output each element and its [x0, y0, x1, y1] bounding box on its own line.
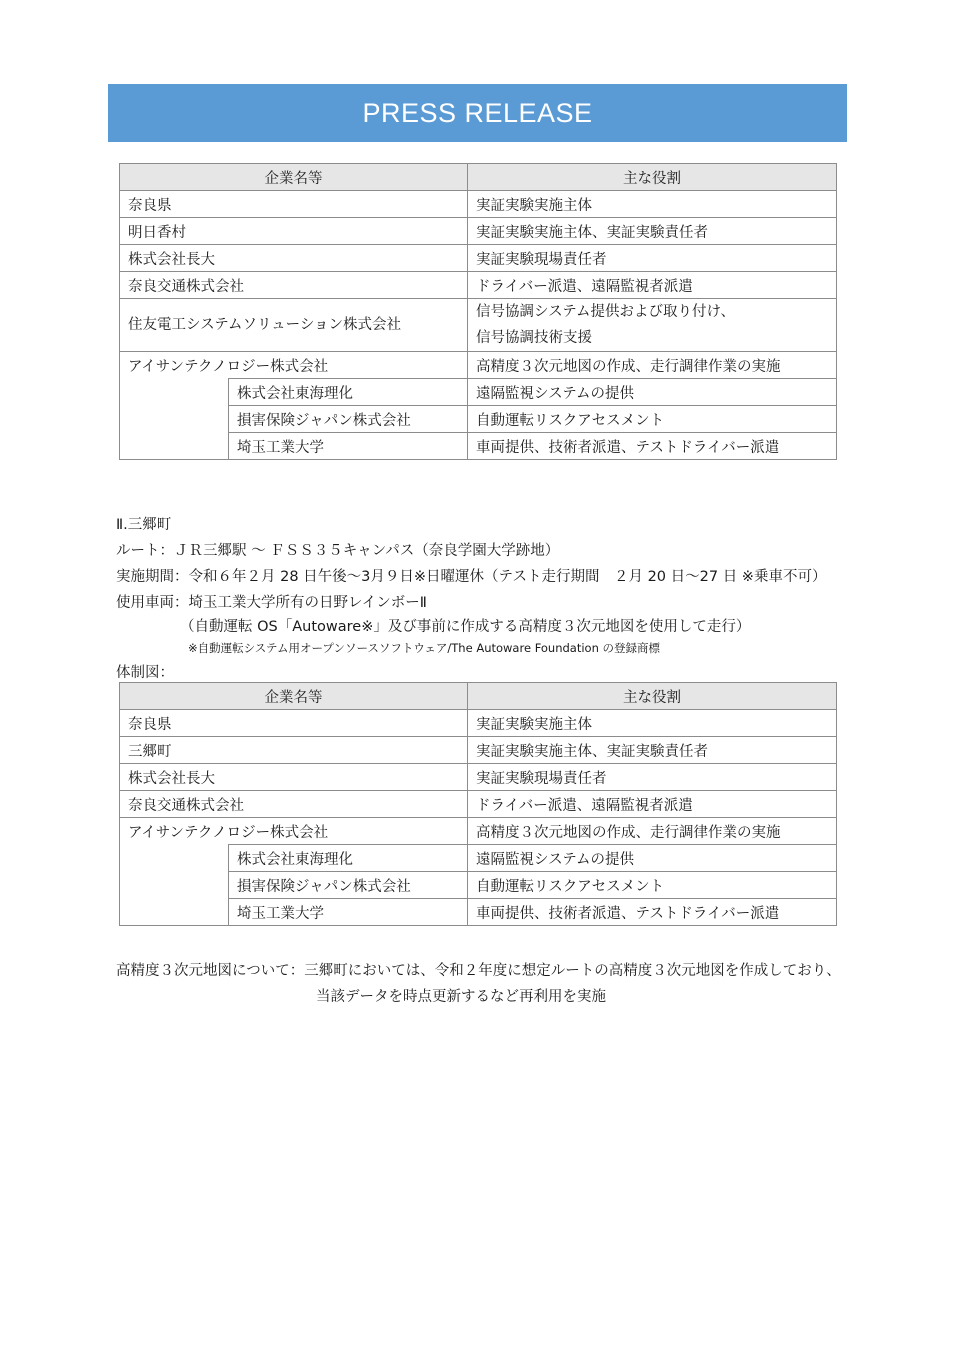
table-row: 株式会社東海理化 遠隔監視システムの提供	[120, 845, 837, 872]
indent-spacer	[120, 845, 229, 926]
company-cell: 埼玉工業大学	[229, 899, 468, 926]
table-asuka-structure: 企業名等 主な役割 奈良県 実証実験実施主体 明日香村 実証実験実施主体、実証実…	[119, 163, 837, 460]
period-text: 実施期間：令和６年２月 28 日午後〜3月９日※日曜運休（テスト走行期間 ２月 …	[116, 565, 826, 586]
banner-title: PRESS RELEASE	[362, 98, 592, 129]
table-row: 奈良県 実証実験実施主体	[120, 191, 837, 218]
role-cell: 高精度３次元地図の作成、走行調律作業の実施	[468, 818, 837, 845]
company-cell: 三郷町	[120, 737, 468, 764]
table-row: 株式会社長大 実証実験現場責任者	[120, 764, 837, 791]
table-sango-structure: 企業名等 主な役割 奈良県 実証実験実施主体 三郷町 実証実験実施主体、実証実験…	[119, 682, 837, 926]
role-cell: 遠隔監視システムの提供	[468, 379, 837, 406]
company-cell: 明日香村	[120, 218, 468, 245]
structure-label: 体制図：	[116, 661, 174, 682]
role-cell: 実証実験実施主体、実証実験責任者	[468, 218, 837, 245]
table-row: アイサンテクノロジー株式会社 高精度３次元地図の作成、走行調律作業の実施	[120, 352, 837, 379]
role-cell: 実証実験実施主体	[468, 191, 837, 218]
role-cell: 自動運転リスクアセスメント	[468, 406, 837, 433]
company-cell: 損害保険ジャパン株式会社	[229, 872, 468, 899]
role-cell: ドライバー派遣、遠隔監視者派遣	[468, 272, 837, 299]
company-cell: 損害保険ジャパン株式会社	[229, 406, 468, 433]
trademark-footnote: ※自動運転システム用オープンソースソフトウェア/The Autoware Fou…	[188, 640, 660, 656]
map-note-line-2: 当該データを時点更新するなど再利用を実施	[316, 985, 606, 1006]
role-cell: 実証実験実施主体	[468, 710, 837, 737]
role-line-1: 信号協調システム提供および取り付け、	[476, 299, 828, 325]
route-text: ルート：ＪＲ三郷駅 〜 ＦＳＳ３５キャンパス（奈良学園大学跡地）	[116, 539, 559, 560]
table-row: アイサンテクノロジー株式会社 高精度３次元地図の作成、走行調律作業の実施	[120, 818, 837, 845]
role-cell: 高精度３次元地図の作成、走行調律作業の実施	[468, 352, 837, 379]
company-cell: 奈良県	[120, 191, 468, 218]
company-cell: 住友電工システムソリューション株式会社	[120, 299, 468, 352]
role-cell: 遠隔監視システムの提供	[468, 845, 837, 872]
role-cell: 実証実験現場責任者	[468, 245, 837, 272]
table-row: 住友電工システムソリューション株式会社 信号協調システム提供および取り付け、 信…	[120, 299, 837, 352]
table-row: 奈良交通株式会社 ドライバー派遣、遠隔監視者派遣	[120, 272, 837, 299]
header-role: 主な役割	[468, 164, 837, 191]
header-role: 主な役割	[468, 683, 837, 710]
vehicle-text: 使用車両：埼玉工業大学所有の日野レインボーⅡ	[116, 591, 427, 612]
company-cell: 株式会社東海理化	[229, 845, 468, 872]
table-header-row: 企業名等 主な役割	[120, 683, 837, 710]
company-cell: 奈良県	[120, 710, 468, 737]
indent-spacer	[120, 379, 229, 460]
role-cell: 車両提供、技術者派遣、テストドライバー派遣	[468, 433, 837, 460]
role-cell: 車両提供、技術者派遣、テストドライバー派遣	[468, 899, 837, 926]
company-cell: アイサンテクノロジー株式会社	[120, 352, 468, 379]
company-cell: 株式会社長大	[120, 764, 468, 791]
role-cell: 実証実験実施主体、実証実験責任者	[468, 737, 837, 764]
table-row: 株式会社長大 実証実験現場責任者	[120, 245, 837, 272]
role-cell: 信号協調システム提供および取り付け、 信号協調技術支援	[468, 299, 837, 352]
table-row: 株式会社東海理化 遠隔監視システムの提供	[120, 379, 837, 406]
company-cell: 株式会社東海理化	[229, 379, 468, 406]
company-cell: 株式会社長大	[120, 245, 468, 272]
company-cell: 埼玉工業大学	[229, 433, 468, 460]
map-note-line-1: 高精度３次元地図について：三郷町においては、令和２年度に想定ルートの高精度３次元…	[116, 959, 841, 980]
role-line-2: 信号協調技術支援	[476, 325, 828, 351]
table-row: 奈良県 実証実験実施主体	[120, 710, 837, 737]
section-heading: Ⅱ.三郷町	[116, 513, 171, 534]
table-row: 明日香村 実証実験実施主体、実証実験責任者	[120, 218, 837, 245]
table-row: 三郷町 実証実験実施主体、実証実験責任者	[120, 737, 837, 764]
role-cell: 自動運転リスクアセスメント	[468, 872, 837, 899]
table-header-row: 企業名等 主な役割	[120, 164, 837, 191]
company-cell: 奈良交通株式会社	[120, 791, 468, 818]
header-company: 企業名等	[120, 683, 468, 710]
table-row: 奈良交通株式会社 ドライバー派遣、遠隔監視者派遣	[120, 791, 837, 818]
header-company: 企業名等	[120, 164, 468, 191]
role-cell: ドライバー派遣、遠隔監視者派遣	[468, 791, 837, 818]
role-cell: 実証実験現場責任者	[468, 764, 837, 791]
press-release-banner: PRESS RELEASE	[108, 84, 847, 142]
company-cell: アイサンテクノロジー株式会社	[120, 818, 468, 845]
company-cell: 奈良交通株式会社	[120, 272, 468, 299]
vehicle-note: （自動運転 OS「Autoware※」及び事前に作成する高精度３次元地図を使用し…	[180, 615, 750, 636]
